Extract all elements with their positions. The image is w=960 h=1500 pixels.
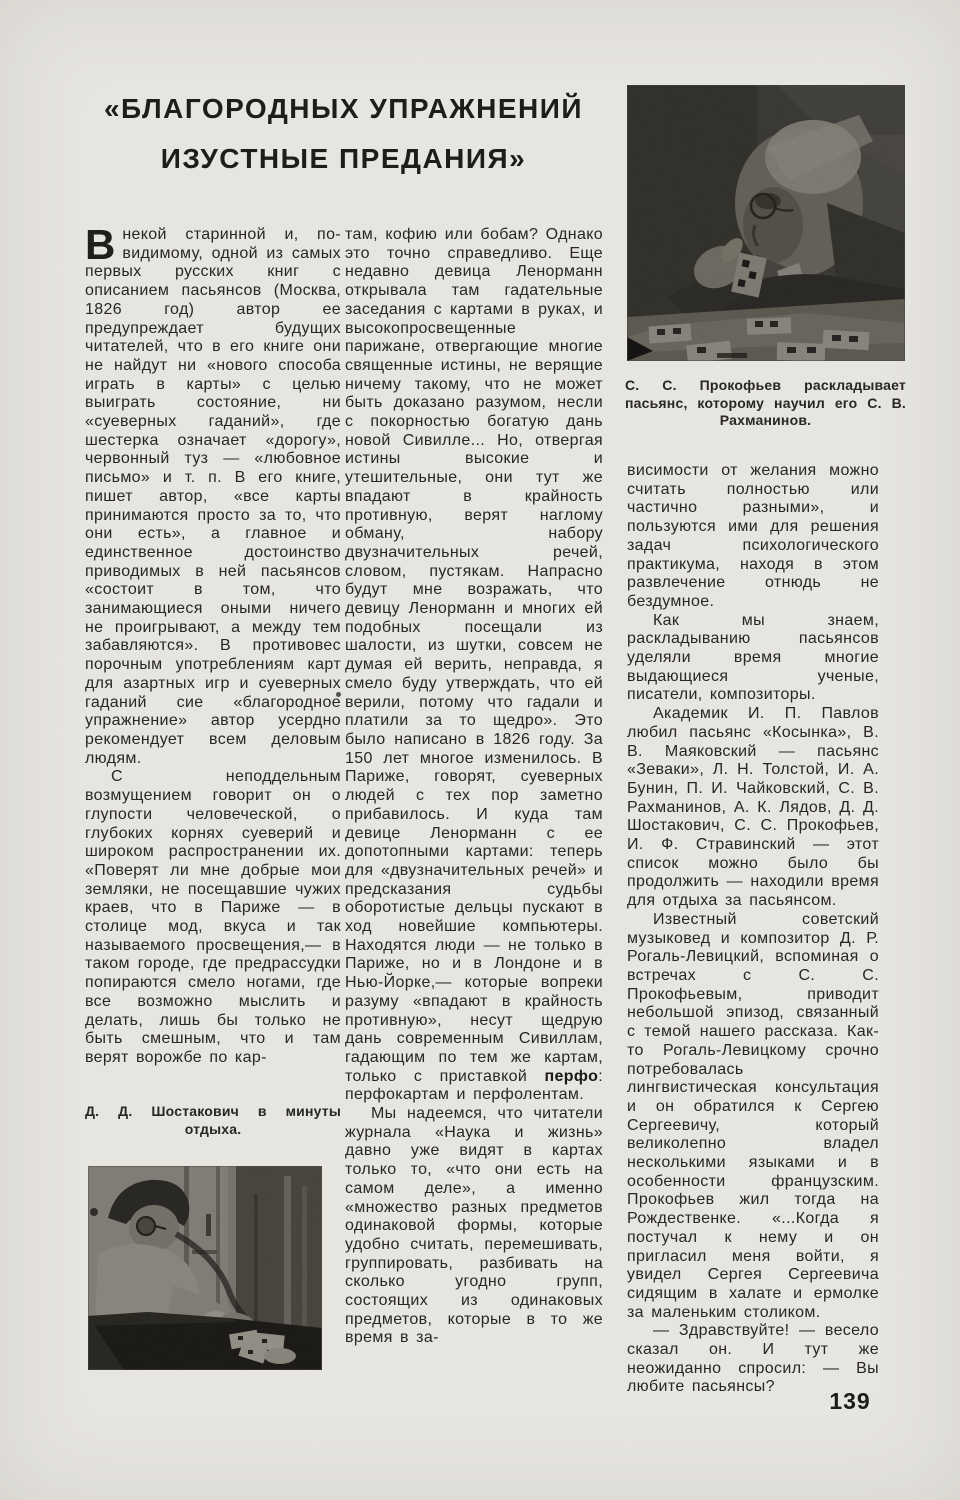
paragraph-col3-2: Как мы знаем, раскладыванию пасьянсов уд…	[627, 612, 879, 706]
photo-prokofiev	[627, 85, 905, 361]
article-title-line1: «БЛАГОРОДНЫХ УПРАЖНЕНИЙ	[85, 84, 602, 134]
text-column-2: там, кофию или бобам? Однако это точно с…	[345, 226, 603, 1348]
photo-shostakovich-caption: Д. Д. Шостакович в минуты отдыха.	[85, 1103, 341, 1138]
paragraph-col3-4: Известный советский музыковед и композит…	[627, 911, 879, 1322]
magazine-page: «БЛАГОРОДНЫХ УПРАЖНЕНИЙ ИЗУСТНЫЕ ПРЕДАНИ…	[0, 0, 960, 1500]
bold-word-perfo: перфо	[545, 1068, 599, 1085]
photo-prokofiev-image	[627, 85, 905, 361]
print-artifact-dot	[336, 692, 341, 697]
page-number: 139	[814, 1388, 886, 1415]
dropcap-letter: В	[85, 226, 122, 262]
paragraph-text: некой старинной и, по-видимому, одной из…	[85, 226, 341, 767]
article-title-line2: ИЗУСТНЫЕ ПРЕДАНИЯ»	[85, 134, 602, 184]
text-column-3: висимости от желания можно считать полно…	[627, 462, 879, 1397]
paragraph-col2-1: там, кофию или бобам? Однако это точно с…	[345, 226, 603, 1105]
paragraph-text: там, кофию или бобам? Однако это точно с…	[345, 226, 603, 1085]
paragraph-col1-1: Внекой старинной и, по-видимому, одной и…	[85, 226, 341, 768]
photo-shostakovich	[88, 1166, 322, 1370]
paragraph-col3-5: — Здравствуйте! — весело сказал он. И ту…	[627, 1322, 879, 1397]
text-column-1: Внекой старинной и, по-видимому, одной и…	[85, 226, 341, 1068]
photo-prokofiev-caption: С. С. Прокофьев раскладывает пасьянс, ко…	[625, 377, 906, 430]
paragraph-col2-2: Мы надеемся, что читатели журнала «Наука…	[345, 1105, 603, 1348]
paragraph-col3-1: висимости от желания можно считать полно…	[627, 462, 879, 612]
paragraph-col3-3: Академик И. П. Павлов любил пасьянс «Кос…	[627, 705, 879, 911]
paragraph-col1-2: С неподдельным возмущением говорит он о …	[85, 768, 341, 1067]
article-title: «БЛАГОРОДНЫХ УПРАЖНЕНИЙ ИЗУСТНЫЕ ПРЕДАНИ…	[85, 84, 602, 184]
photo-shostakovich-image	[88, 1166, 322, 1370]
